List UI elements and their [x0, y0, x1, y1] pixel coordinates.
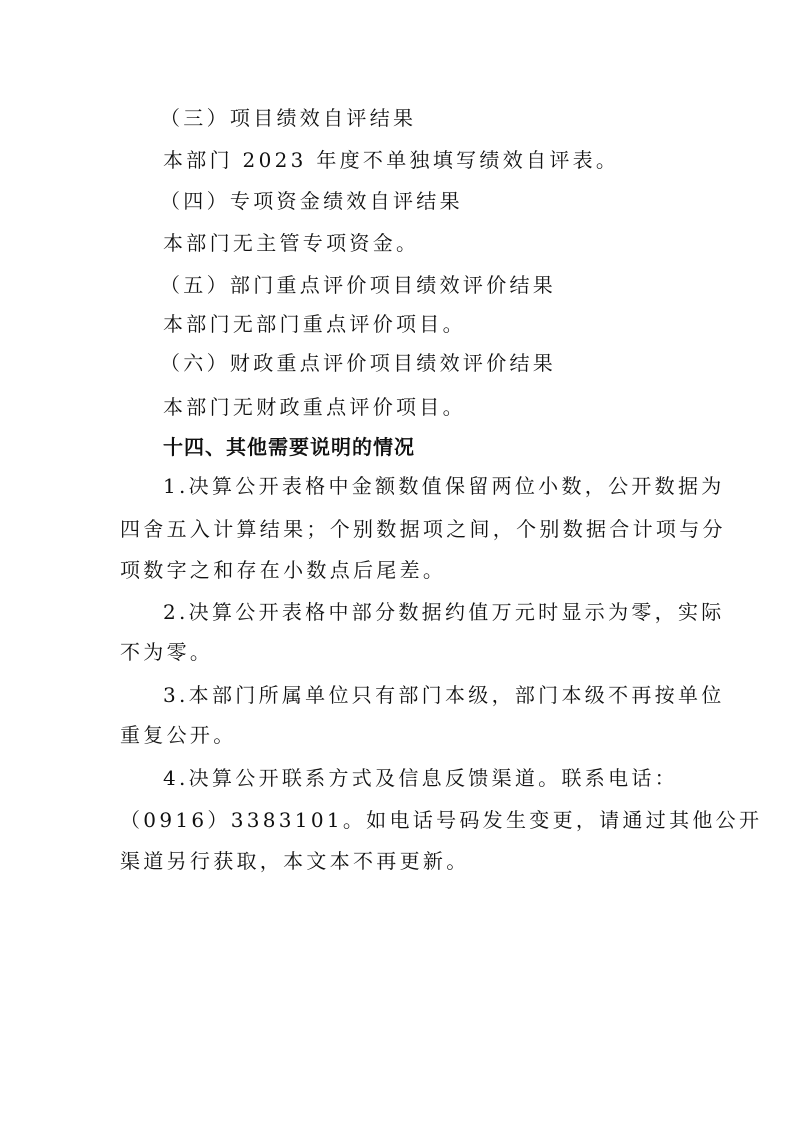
- section-3-body: 本部门 2023 年度不单独填写绩效自评表。: [163, 148, 619, 172]
- item-2-line-2: 不为零。: [120, 640, 213, 664]
- section-6-title: （六）财政重点评价项目绩效评价结果: [160, 351, 556, 375]
- section-4-body: 本部门无主管专项资金。: [163, 231, 419, 255]
- section-5-title: （五）部门重点评价项目绩效评价结果: [160, 273, 556, 297]
- section-6-body: 本部门无财政重点评价项目。: [163, 395, 466, 419]
- item-4-line-1: 4.决算公开联系方式及信息反馈渠道。联系电话：: [163, 766, 678, 790]
- item-1-line-3: 项数字之和存在小数点后尾差。: [120, 558, 446, 582]
- section-14-heading: 十四、其他需要说明的情况: [163, 435, 415, 459]
- item-3-line-1: 3.本部门所属单位只有部门本级，部门本级不再按单位: [163, 683, 725, 707]
- item-1-line-2: 四舍五入计算结果；个别数据项之间，个别数据合计项与分: [120, 517, 726, 541]
- section-3-title: （三）项目绩效自评结果: [160, 106, 416, 130]
- item-3-line-2: 重复公开。: [120, 723, 237, 747]
- item-4-line-3: 渠道另行获取，本文本不再更新。: [120, 849, 470, 873]
- item-2-line-1: 2.决算公开表格中部分数据约值万元时显示为零，实际: [163, 600, 725, 624]
- item-1-line-1: 1.决算公开表格中金额数值保留两位小数，公开数据为: [163, 474, 725, 498]
- item-4-line-2: （0916）3383101。如电话号码发生变更，请通过其他公开: [120, 808, 762, 832]
- section-5-body: 本部门无部门重点评价项目。: [163, 312, 466, 336]
- section-4-title: （四）专项资金绩效自评结果: [160, 189, 463, 213]
